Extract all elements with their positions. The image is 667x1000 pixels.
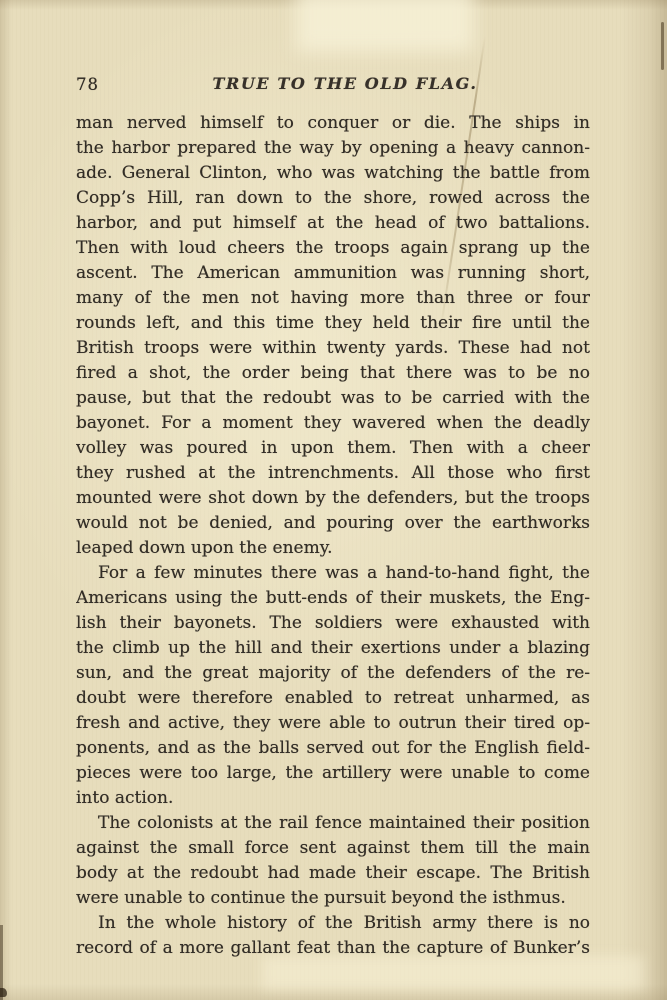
text-line: against the small force sent against the… [76, 836, 590, 861]
text-line: pause, but that the redoubt was to be ca… [76, 386, 590, 411]
book-page-scan: 78 TRUE TO THE OLD FLAG. man nerved hims… [0, 0, 667, 1000]
text-line: ponents, and as the balls served out for… [76, 736, 590, 761]
page-body: man nerved himself to conquer or die. Th… [76, 111, 590, 961]
text-line: Then with loud cheers the troops again s… [76, 236, 590, 261]
text-line: rounds left, and this time they held the… [76, 311, 590, 336]
text-line: were unable to continue the pursuit beyo… [76, 886, 590, 911]
text-line: man nerved himself to conquer or die. Th… [76, 111, 590, 136]
paragraph: The colonists at the rail fence maintain… [76, 811, 590, 911]
text-line: they rushed at the intrenchments. All th… [76, 461, 590, 486]
text-line: leaped down upon the enemy. [76, 536, 590, 561]
text-line: the climb up the hill and their exertion… [76, 636, 590, 661]
text-line: In the whole history of the British army… [76, 911, 590, 936]
text-line: fresh and active, they were able to outr… [76, 711, 590, 736]
text-line: British troops were within twenty yards.… [76, 336, 590, 361]
text-line: harbor, and put himself at the head of t… [76, 211, 590, 236]
text-line: the harbor prepared the way by opening a… [76, 136, 590, 161]
text-line: lish their bayonets. The soldiers were e… [76, 611, 590, 636]
text-line: sun, and the great majority of the defen… [76, 661, 590, 686]
text-line: mounted were shot down by the defenders,… [76, 486, 590, 511]
text-line: ade. General Clinton, who was watching t… [76, 161, 590, 186]
corner-speck [0, 988, 7, 997]
text-line: bayonet. For a moment they wavered when … [76, 411, 590, 436]
text-line: many of the men not having more than thr… [76, 286, 590, 311]
text-line: pieces were too large, the artillery wer… [76, 761, 590, 786]
text-line: ascent. The American ammunition was runn… [76, 261, 590, 286]
page-edge-mark [661, 22, 664, 70]
paragraph: man nerved himself to conquer or die. Th… [76, 111, 590, 561]
paragraph: For a few minutes there was a hand-to-ha… [76, 561, 590, 811]
scan-light-patch [296, 0, 474, 52]
text-line: would not be denied, and pouring over th… [76, 511, 590, 536]
text-line: into action. [76, 786, 590, 811]
text-line: Copp’s Hill, ran down to the shore, rowe… [76, 186, 590, 211]
paragraph: In the whole history of the British army… [76, 911, 590, 961]
running-title: TRUE TO THE OLD FLAG. [100, 74, 590, 93]
text-line: fired a shot, the order being that there… [76, 361, 590, 386]
text-line: Americans using the butt-ends of their m… [76, 586, 590, 611]
text-line: The colonists at the rail fence maintain… [76, 811, 590, 836]
page-header: 78 TRUE TO THE OLD FLAG. [76, 74, 590, 100]
text-line: volley was poured in upon them. Then wit… [76, 436, 590, 461]
text-line: doubt were therefore enabled to retreat … [76, 686, 590, 711]
text-line: For a few minutes there was a hand-to-ha… [76, 561, 590, 586]
scan-light-band [262, 956, 644, 990]
page-number: 78 [76, 75, 99, 94]
text-line: record of a more gallant feat than the c… [76, 936, 590, 961]
text-line: body at the redoubt had made their escap… [76, 861, 590, 886]
